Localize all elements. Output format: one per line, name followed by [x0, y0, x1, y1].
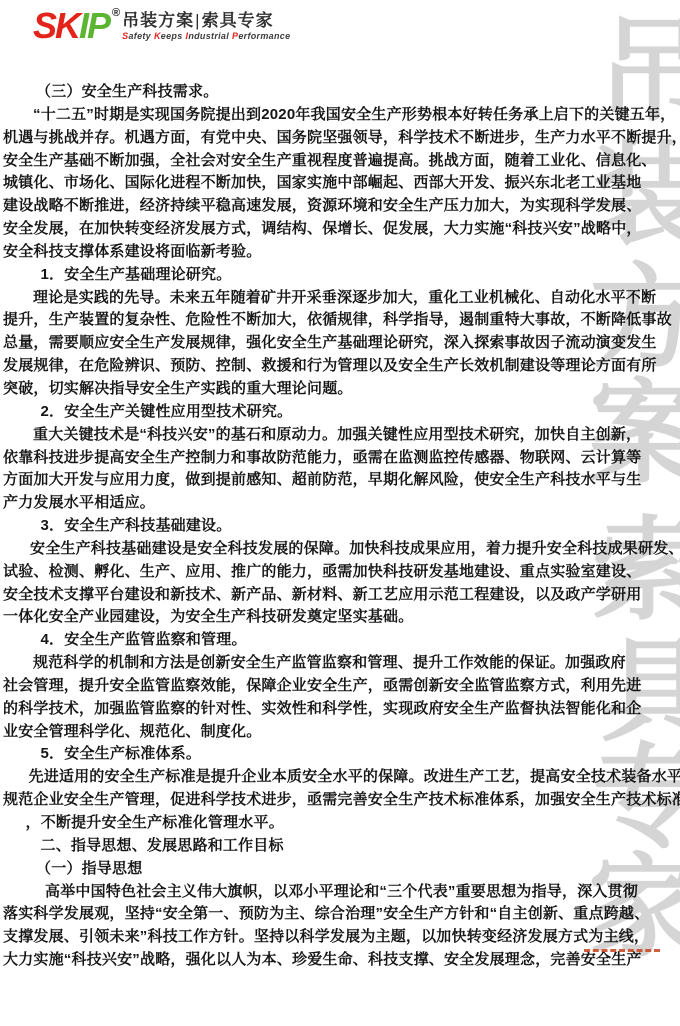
- document-line: 重大关键技术是“科技兴安”的基石和原动力。加强关键性应用型技术研究，加快自主创新…: [3, 424, 677, 447]
- document-line: 理论是实践的先导。未来五年随着矿井开采垂深逐步加大，重化工业机械化、自动化水平不…: [3, 287, 677, 310]
- registered-trademark-icon: ®: [112, 6, 120, 20]
- document-line: 高举中国特色社会主义伟大旗帜，以邓小平理论和“三个代表”重要思想为指导，深入贯彻: [3, 881, 677, 904]
- tagline-cn-right: 索具专家: [202, 11, 274, 30]
- document-line: 的科学技术，加强监管监察的针对性、实效性和科学性，实现政府安全生产监督执法智能化…: [3, 698, 677, 721]
- document-line: 1．安全生产基础理论研究。: [3, 264, 677, 287]
- document-line: 一体化安全产业园建设，为安全生产科技研发奠定坚实基础。: [3, 606, 677, 629]
- document-line: 落实科学发展观，坚持“安全第一、预防为主、综合治理”安全生产方针和“自主创新、重…: [3, 903, 677, 926]
- document-line: 安全生产科技基础建设是安全科技发展的保障。加快科技成果应用，着力提升安全科技成果…: [3, 538, 677, 561]
- brand-tagline-cn: 吊装方案|索具专家: [122, 11, 293, 31]
- document-line: 建设战略不断推进，经济持续平稳高速发展，资源环境和安全生产压力加大，为实现科学发…: [3, 195, 677, 218]
- document-line: 社会管理，提升安全监管监察效能，保障企业安全生产，亟需创新安全监管监察方式，利用…: [3, 675, 677, 698]
- document-line: 业安全管理科学化、规范化、制度化。: [3, 721, 677, 744]
- brand-wordmark: SKIP: [33, 6, 109, 46]
- tagline-en-word: Safety: [122, 31, 151, 41]
- tagline-en-word: Performance: [232, 31, 290, 41]
- document-line: 突破，切实解决指导安全生产实践的重大理论问题。: [3, 378, 677, 401]
- document-line: ，不断提升安全生产标准化管理水平。: [3, 812, 677, 835]
- brand-taglines: 吊装方案|索具专家 SafetyKeepsIndustrialPerforman…: [122, 11, 293, 42]
- document-line: 方面加大开发与应用力度，做到提前感知、超前防范，早期化解风险，使安全生产科技水平…: [3, 469, 677, 492]
- document-line: 3．安全生产科技基础建设。: [3, 515, 677, 538]
- document-line: 5．安全生产标准体系。: [3, 743, 677, 766]
- document-line: 安全生产基础不断加强，全社会对安全生产重视程度普遍提高。挑战方面，随着工业化、信…: [3, 150, 677, 173]
- brand-letter: S: [33, 5, 55, 46]
- document-line: 先进适用的安全生产标准是提升企业本质安全水平的保障。改进生产工艺，提高安全技术装…: [3, 766, 677, 789]
- document-line: 支撑发展、引领未来”科技工作方针。坚持以科学发展为主题，以加快转变经济发展方式为…: [3, 926, 677, 949]
- document-line: （一）指导思想: [3, 858, 677, 881]
- document-line: 产力发展水平相适应。: [3, 492, 677, 515]
- document-line: 规范企业安全生产管理，促进科学技术进步，亟需完善安全生产技术标准体系，加强安全生…: [3, 789, 677, 812]
- document-line: 机遇与挑战并存。机遇方面，有党中央、国务院坚强领导，科学技术不断进步，生产力水平…: [3, 127, 677, 150]
- document-line: 安全科技支撑体系建设将面临新考验。: [3, 241, 677, 264]
- document-line: 城镇化、市场化、国际化进程不断加快，国家实施中部崛起、西部大开发、振兴东北老工业…: [3, 172, 677, 195]
- document-line: 提升，生产装置的复杂性、危险性不断加大，依循规律，科学指导，遏制重特大事故，不断…: [3, 309, 677, 332]
- document-page: 吊装方案索具专家 SKIP ® 吊装方案|索具专家 SafetyKeepsInd…: [0, 0, 680, 1026]
- document-line: 发展规律，在危险辨识、预防、控制、救援和行为管理以及安全生产长效机制建设等理论方…: [3, 355, 677, 378]
- document-line: 依靠科技进步提高安全生产控制力和事故防范能力，亟需在监测监控传感器、物联网、云计…: [3, 447, 677, 470]
- red-dashed-annotation: [584, 949, 660, 952]
- document-line: 规范科学的机制和方法是创新安全生产监管监察和管理、提升工作效能的保证。加强政府: [3, 652, 677, 675]
- tagline-divider: |: [195, 11, 200, 31]
- brand-letter: P: [87, 5, 109, 46]
- document-line: 二、指导思想、发展思路和工作目标: [3, 835, 677, 858]
- brand-logo: SKIP ® 吊装方案|索具专家 SafetyKeepsIndustrialPe…: [33, 6, 293, 46]
- tagline-en-word: Keeps: [154, 31, 183, 41]
- brand-letter: I: [79, 5, 87, 46]
- document-line: 4．安全生产监管监察和管理。: [3, 629, 677, 652]
- document-line: “十二五”时期是实现国务院提出到2020年我国安全生产形势根本好转任务承上启下的…: [3, 104, 677, 127]
- tagline-en-word: Industrial: [186, 31, 230, 41]
- document-line: 安全发展，在加快转变经济发展方式，调结构、保增长、促发展，大力实施“科技兴安”战…: [3, 218, 677, 241]
- document-line: 安全技术支撑平台建设和新技术、新产品、新材料、新工艺应用示范工程建设，以及政产学…: [3, 584, 677, 607]
- document-line: 总量，需要顺应安全生产发展规律，强化安全生产基础理论研究，深入探索事故因子流动演…: [3, 332, 677, 355]
- document-line: 2．安全生产关键性应用型技术研究。: [3, 401, 677, 424]
- tagline-cn-left: 吊装方案: [122, 11, 194, 30]
- document-body: （三）安全生产科技需求。“十二五”时期是实现国务院提出到2020年我国安全生产形…: [3, 81, 677, 972]
- brand-tagline-en: SafetyKeepsIndustrialPerformance: [122, 31, 293, 42]
- document-line: 试验、检测、孵化、生产、应用、推广的能力，亟需加快科技研发基地建设、重点实验室建…: [3, 561, 677, 584]
- brand-letter: K: [55, 5, 79, 46]
- document-line: （三）安全生产科技需求。: [3, 81, 677, 104]
- document-line: 大力实施“科技兴安”战略，强化以人为本、珍爱生命、科技支撑、安全发展理念，完善安…: [3, 949, 677, 972]
